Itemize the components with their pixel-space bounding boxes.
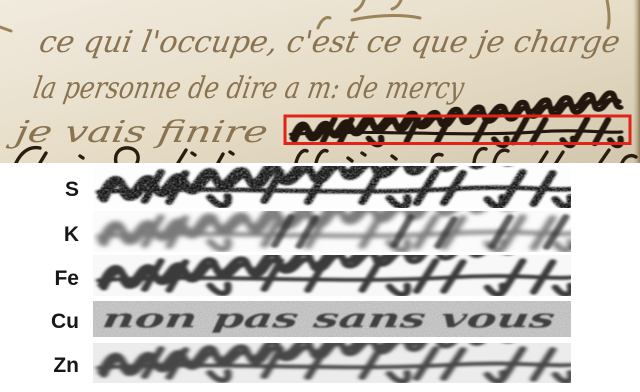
- element-label-fe: Fe: [0, 258, 93, 299]
- xrf-row-fe: Fe: [0, 255, 640, 296]
- element-label-cu: Cu: [0, 304, 93, 340]
- handwriting-line-1: ce qui l'occupe, c'est ce que je charge: [37, 25, 623, 60]
- xrf-map-s: [93, 166, 571, 208]
- element-label-s: S: [0, 169, 93, 211]
- handwriting-line-3: je vais finire: [5, 115, 271, 150]
- xrf-row-zn: Zn: [0, 343, 640, 383]
- xrf-row-k: K: [0, 211, 640, 252]
- xrf-map-fe: [93, 255, 571, 296]
- element-label-k: K: [0, 214, 93, 255]
- xrf-map-cu: non pas sans vous: [93, 301, 571, 337]
- xrf-row-s: S: [0, 166, 640, 208]
- figure-canvas: ce qui l'occupe, c'est ce que je charge …: [0, 0, 640, 392]
- handwriting-text-2: la personne de dire a m: de mercy: [31, 71, 468, 106]
- revealed-text-cu: non pas sans vous: [100, 303, 557, 334]
- handwriting-text-1: ce qui l'occupe, c'est ce que je charge: [37, 25, 623, 60]
- handwriting-line-2: la personne de dire a m: de mercy: [31, 71, 468, 106]
- xrf-maps-section: S K Fe: [0, 163, 640, 392]
- xrf-map-zn: [93, 343, 571, 383]
- xrf-row-cu: Cu non pas sans vous: [0, 301, 640, 337]
- xrf-map-k: [93, 211, 571, 252]
- manuscript-photo: ce qui l'occupe, c'est ce que je charge …: [0, 0, 640, 163]
- handwriting-text-3: je vais finire: [5, 115, 271, 150]
- element-label-zn: Zn: [0, 346, 93, 386]
- page-edge-shadow: [633, 0, 640, 163]
